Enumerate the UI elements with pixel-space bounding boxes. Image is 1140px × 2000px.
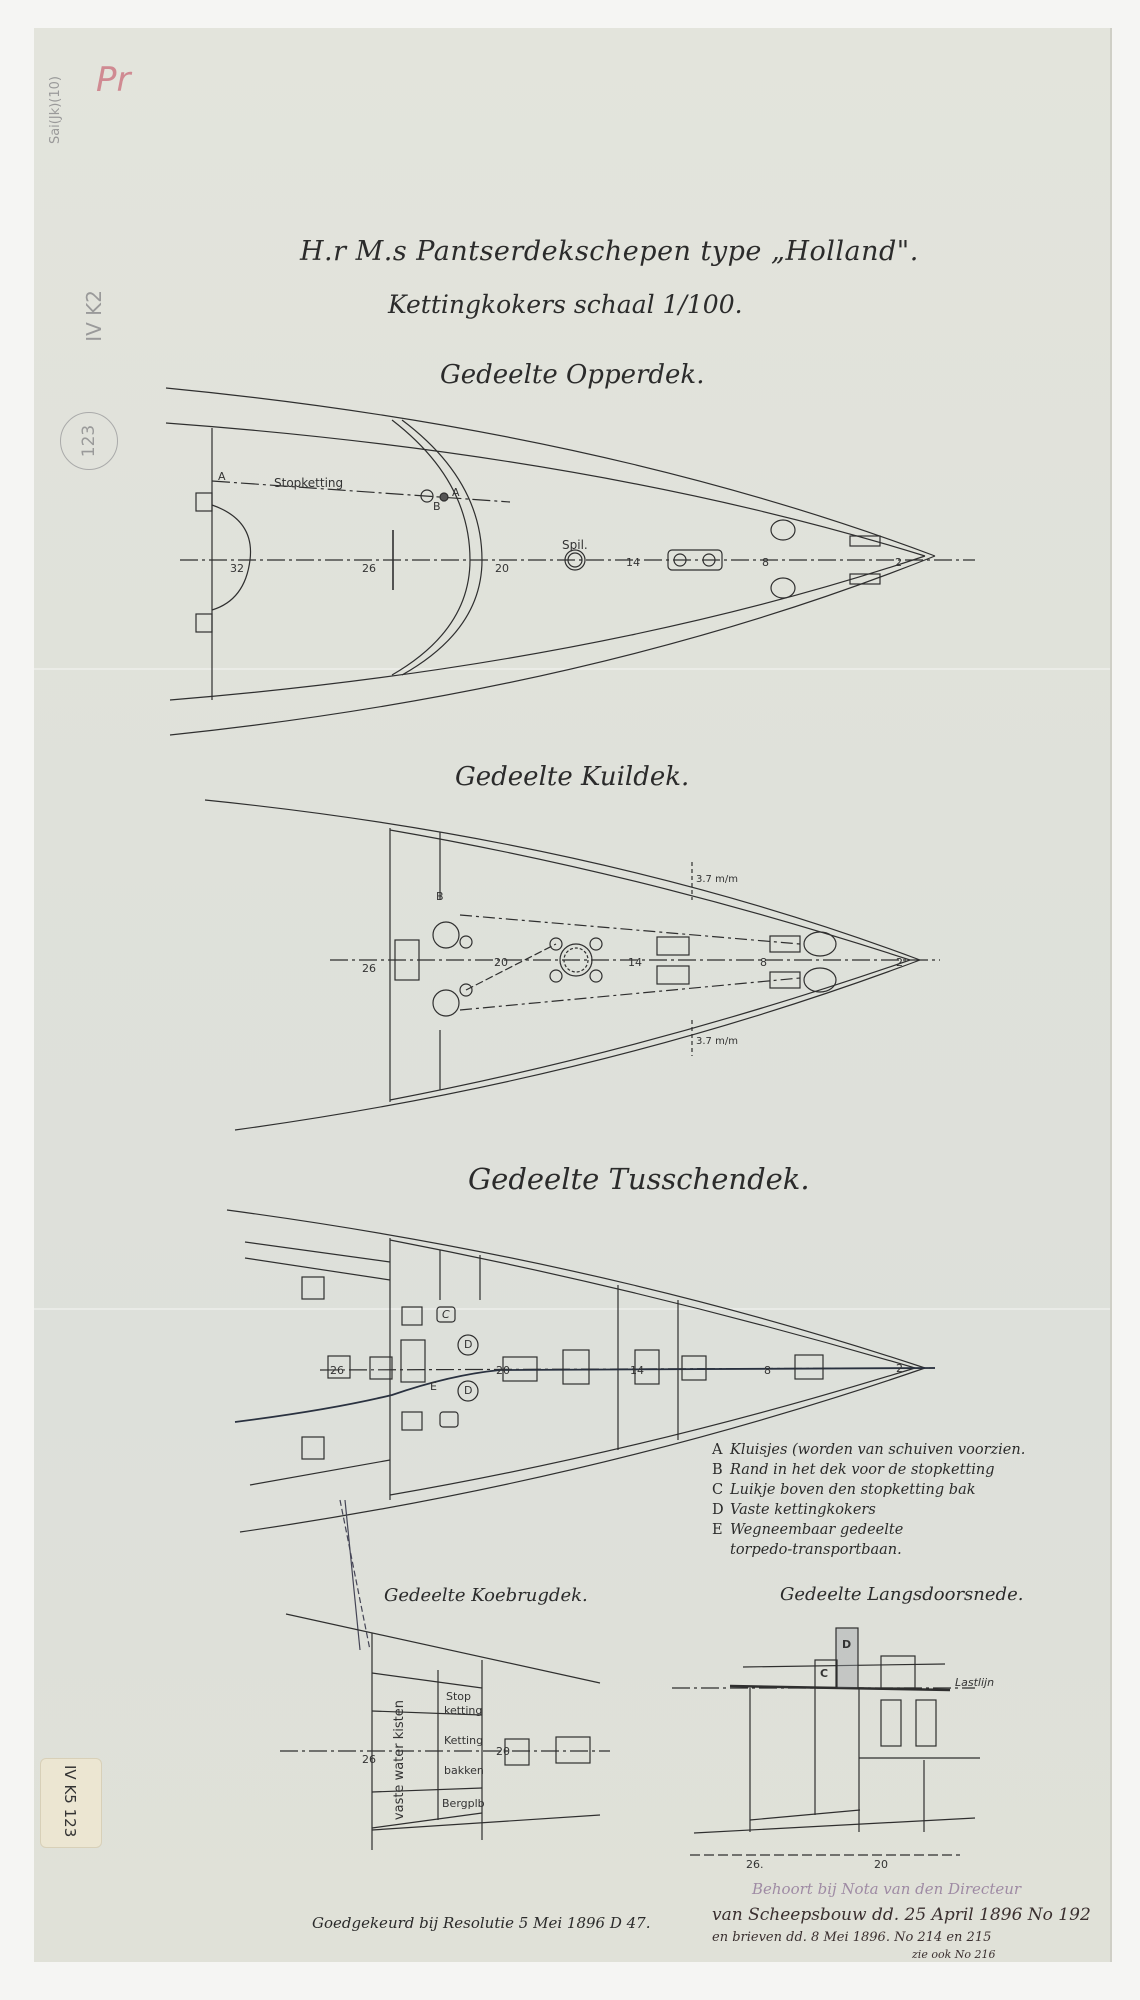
frame-label: 8 bbox=[760, 956, 767, 969]
label-d: D bbox=[842, 1638, 851, 1651]
approval-note: Goedgekeurd bij Resolutie 5 Mei 1896 D 4… bbox=[312, 1914, 651, 1932]
label-vaste-water-kisten: vaste water kisten bbox=[392, 1700, 407, 1820]
label-spil: Spil. bbox=[562, 538, 588, 552]
label-a: A bbox=[452, 486, 460, 499]
frame-label: 20 bbox=[496, 1745, 510, 1758]
frame-label: 20 bbox=[494, 956, 508, 969]
frame-label: 26 bbox=[362, 1753, 376, 1766]
label-bakken: bakken bbox=[444, 1764, 484, 1777]
kuildek-plan bbox=[205, 800, 940, 1130]
label-b: B bbox=[436, 890, 444, 903]
label-stop: Stop bbox=[446, 1690, 471, 1703]
frame-label: 8 bbox=[762, 556, 769, 569]
frame-label: 20 bbox=[495, 562, 509, 575]
langsdoorsnede-section bbox=[672, 1628, 980, 1855]
frame-label: 20 bbox=[874, 1858, 888, 1871]
red-check-mark: Pr bbox=[96, 60, 130, 100]
stamp-line-2: van Scheepsbouw dd. 25 April 1896 No 192 bbox=[712, 1905, 1091, 1925]
legend-item: torpedo-transportbaan. bbox=[712, 1540, 1025, 1560]
legend-item: DVaste kettingkokers bbox=[712, 1500, 1025, 1520]
label-d: D bbox=[464, 1384, 472, 1397]
label-stopketting: Stopketting bbox=[274, 476, 343, 490]
frame-label: 2 bbox=[896, 956, 903, 969]
frame-label: 26 bbox=[362, 562, 376, 575]
section-title-koebrugdek: Gedeelte Koebrugdek. bbox=[384, 1585, 588, 1606]
label-a: A bbox=[218, 470, 226, 483]
label-e: E bbox=[430, 1380, 437, 1393]
frame-label: 26 bbox=[330, 1364, 344, 1377]
frame-label: 26. bbox=[746, 1858, 764, 1871]
section-title-kuildek: Gedeelte Kuildek. bbox=[455, 762, 689, 792]
archive-label: IV K5 123 bbox=[40, 1758, 102, 1848]
archive-label-text: IV K5 123 bbox=[61, 1765, 79, 1837]
legend: AKluisjes (worden van schuiven voorzien.… bbox=[712, 1440, 1025, 1560]
label-c: C bbox=[820, 1667, 828, 1680]
document-subtitle: Kettingkokers schaal 1/100. bbox=[388, 290, 743, 319]
label-c: C bbox=[442, 1308, 450, 1321]
circled-number: 123 bbox=[60, 412, 118, 470]
frame-label: 14 bbox=[630, 1364, 644, 1377]
pencil-archive-note: Sai(Jk)(10) bbox=[48, 76, 63, 144]
section-title-langsdoorsnede: Gedeelte Langsdoorsnede. bbox=[780, 1584, 1023, 1605]
label-d: D bbox=[464, 1338, 472, 1351]
frame-label: 14 bbox=[626, 556, 640, 569]
document-title: H.r M.s Pantserdekschepen type „Holland"… bbox=[300, 236, 919, 267]
frame-label: 32 bbox=[230, 562, 244, 575]
frame-label: 20 bbox=[496, 1364, 510, 1377]
stamp-line-1: Behoort bij Nota van den Directeur bbox=[752, 1880, 1021, 1898]
label-b: B bbox=[433, 500, 441, 513]
section-title-tusschendek: Gedeelte Tusschendek. bbox=[468, 1162, 810, 1196]
koebrugdek-plan bbox=[280, 1614, 610, 1850]
frame-label: 26 bbox=[362, 962, 376, 975]
frame-label: 8 bbox=[764, 1364, 771, 1377]
label-ketting: ketting bbox=[444, 1704, 482, 1717]
legend-item: BRand in het dek voor de stopketting bbox=[712, 1460, 1025, 1480]
pencil-code: IV K2 bbox=[82, 290, 106, 342]
stamp-line-4: zie ook No 216 bbox=[912, 1948, 995, 1961]
legend-item: AKluisjes (worden van schuiven voorzien. bbox=[712, 1440, 1025, 1460]
label-plate-thickness: 3.7 m/m bbox=[696, 874, 738, 885]
legend-item: EWegneembaar gedeelte bbox=[712, 1520, 1025, 1540]
label-lastlijn: Lastlijn bbox=[955, 1676, 994, 1689]
section-title-opperdek: Gedeelte Opperdek. bbox=[440, 360, 704, 390]
frame-label: 2 bbox=[895, 556, 902, 569]
frame-label: 14 bbox=[628, 956, 642, 969]
opperdek-plan bbox=[166, 388, 975, 735]
label-ketting-2: Ketting bbox=[444, 1734, 483, 1747]
legend-item: CLuikje boven den stopketting bak bbox=[712, 1480, 1025, 1500]
stamp-line-3: en brieven dd. 8 Mei 1896. No 214 en 215 bbox=[712, 1930, 991, 1945]
frame-label: 2 bbox=[896, 1362, 903, 1375]
label-plate-thickness: 3.7 m/m bbox=[696, 1036, 738, 1047]
label-bergplaats: Bergplb bbox=[442, 1797, 485, 1810]
